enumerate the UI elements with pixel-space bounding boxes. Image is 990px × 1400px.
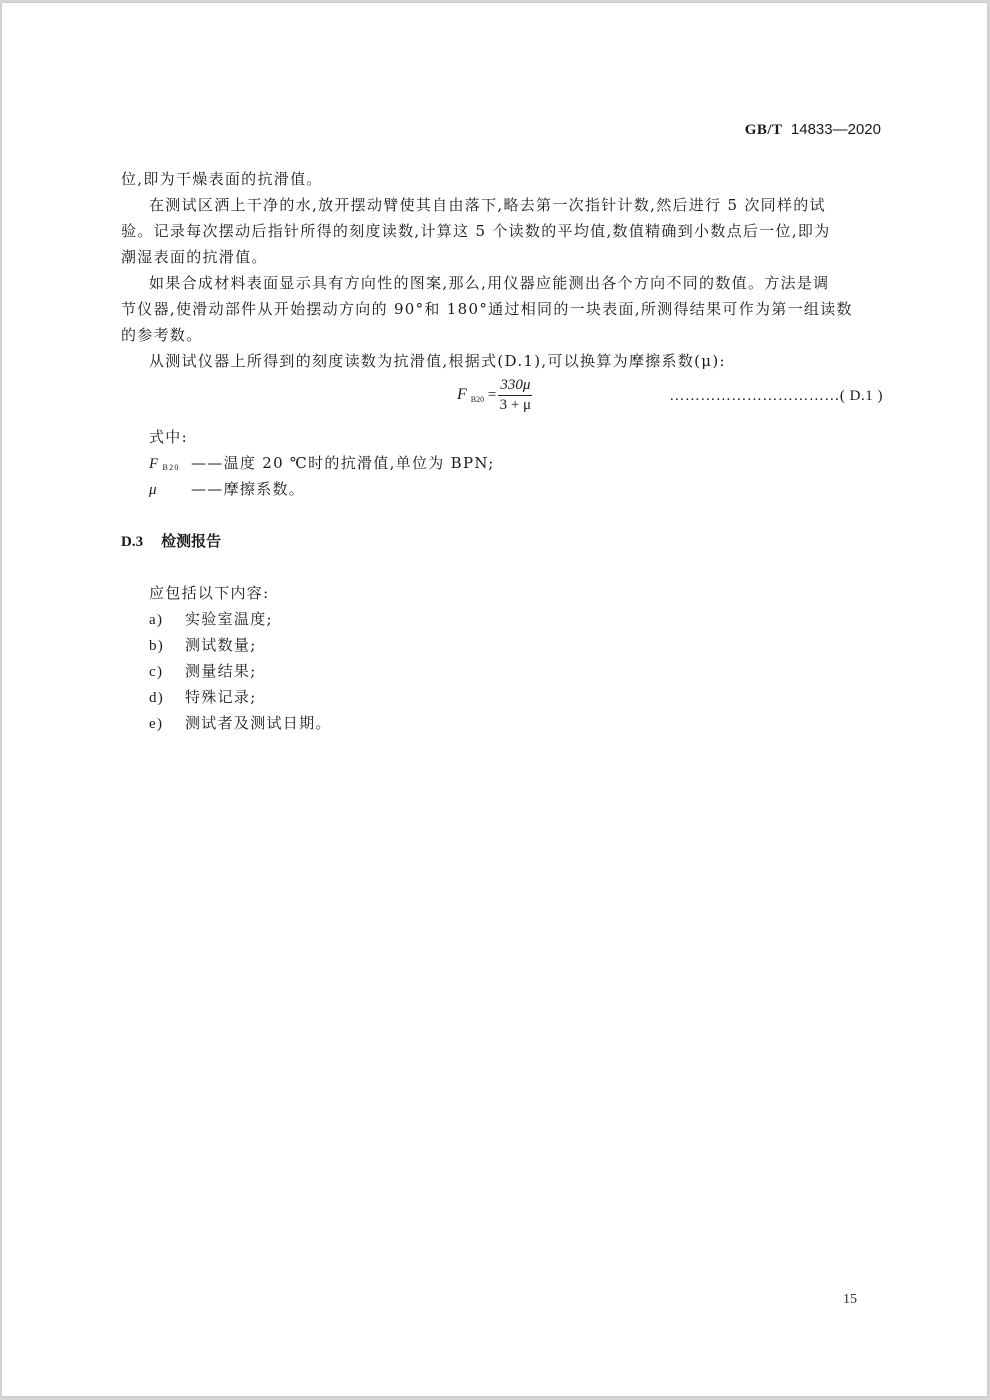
page-number: 15	[843, 1292, 857, 1308]
list-item: e)测试者及测试日期。	[149, 710, 332, 737]
list-text: 测试数量;	[185, 636, 257, 654]
list-marker: b)	[149, 633, 185, 659]
variable-symbol: F	[149, 456, 159, 472]
equation-number: ……………………………( D.1 )	[669, 388, 883, 405]
list-item: b)测试数量;	[149, 632, 257, 659]
paragraph-line: 的参考数。	[121, 322, 203, 348]
formula-numerator: 330μ	[498, 377, 532, 396]
leader-dots: ……………………………	[669, 388, 840, 404]
paragraph-line: 潮湿表面的抗滑值。	[121, 244, 268, 270]
formula-lhs-symbol: F	[457, 386, 467, 403]
variable-definition: μ——摩擦系数。	[149, 476, 305, 503]
formula-fraction: 330μ 3 + μ	[498, 377, 532, 414]
paragraph-line: 位,即为干燥表面的抗滑值。	[121, 166, 323, 192]
list-marker: e)	[149, 711, 185, 737]
list-item: c)测量结果;	[149, 658, 257, 685]
equation-label: ( D.1 )	[840, 388, 883, 404]
formula-d1: FB20 = 330μ 3 + μ	[457, 377, 532, 414]
list-item: a)实验室温度;	[149, 606, 273, 633]
section-title: 检测报告	[161, 533, 221, 550]
document-page: GB/T 14833—2020 位,即为干燥表面的抗滑值。 在测试区洒上干净的水…	[2, 3, 987, 1396]
paragraph-line: 验。记录每次摆动后指针所得的刻度读数,计算这 5 个读数的平均值,数值精确到小数…	[121, 218, 831, 244]
list-item: d)特殊记录;	[149, 684, 257, 711]
variable-subscript: B20	[162, 463, 179, 472]
paragraph-line: 在测试区洒上干净的水,放开摆动臂使其自由落下,略去第一次指针计数,然后进行 5 …	[149, 192, 826, 218]
formula-equals: =	[488, 387, 496, 403]
where-label: 式中:	[149, 424, 188, 450]
list-text: 实验室温度;	[185, 610, 273, 628]
formula-denominator: 3 + μ	[498, 396, 532, 414]
section-number: D.3	[121, 534, 143, 550]
list-marker: a)	[149, 607, 185, 633]
paragraph-line: 节仪器,使滑动部件从开始摆动方向的 90°和 180°通过相同的一块表面,所测得…	[121, 296, 853, 322]
section-intro: 应包括以下内容:	[149, 580, 269, 606]
standard-prefix: GB/T	[745, 122, 783, 138]
list-text: 特殊记录;	[185, 688, 257, 706]
standard-code-header: GB/T 14833—2020	[745, 121, 881, 139]
paragraph-line: 如果合成材料表面显示具有方向性的图案,那么,用仪器应能测出各个方向不同的数值。方…	[149, 270, 829, 296]
standard-number: 14833—2020	[791, 121, 881, 138]
list-text: 测试者及测试日期。	[185, 714, 332, 732]
section-heading: D.3检测报告	[121, 530, 221, 551]
list-marker: d)	[149, 685, 185, 711]
variable-description: ——摩擦系数。	[191, 480, 305, 498]
list-text: 测量结果;	[185, 662, 257, 680]
paragraph-line: 从测试仪器上所得到的刻度读数为抗滑值,根据式(D.1),可以换算为摩擦系数(μ)…	[149, 348, 726, 374]
variable-description: ——温度 20 ℃时的抗滑值,单位为 BPN;	[191, 454, 495, 472]
variable-symbol: μ	[149, 482, 158, 498]
list-marker: c)	[149, 659, 185, 685]
formula-lhs-subscript: B20	[471, 395, 484, 404]
